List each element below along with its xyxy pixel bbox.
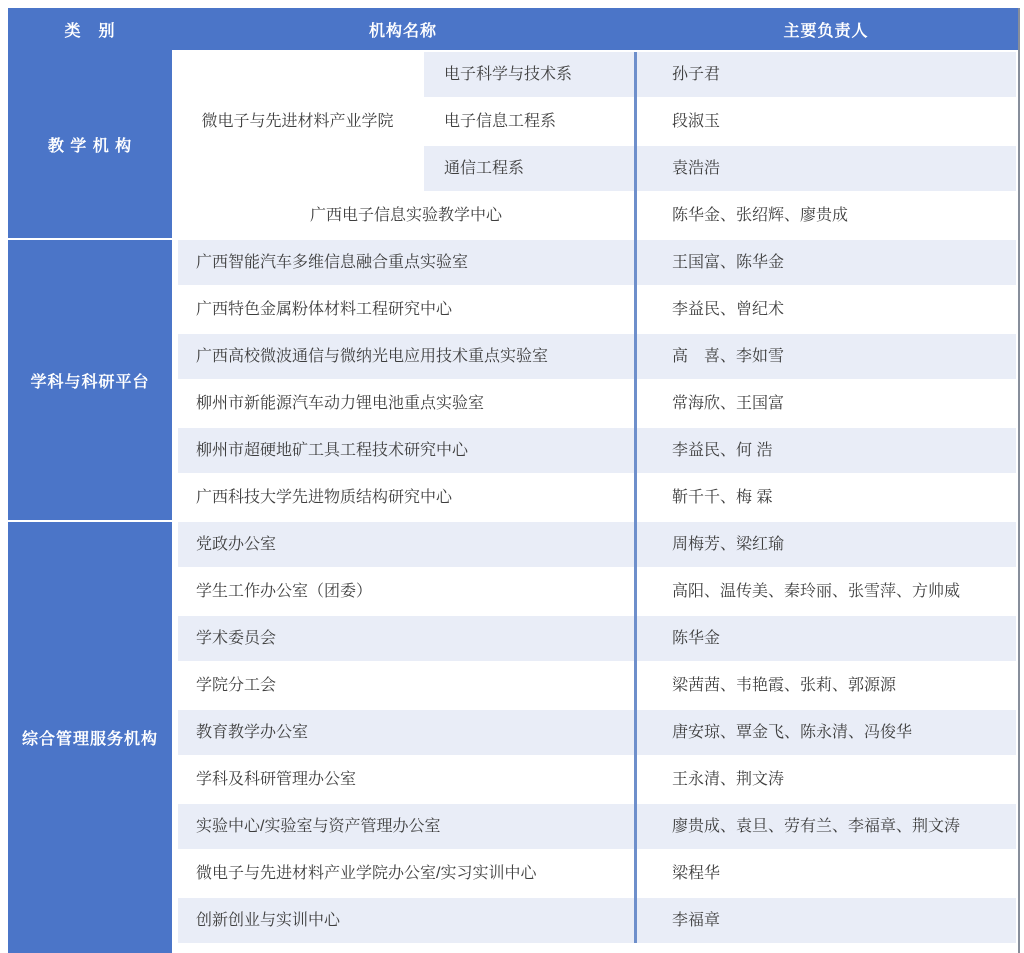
org-name-cell: 广西智能汽车多维信息融合重点实验室: [178, 240, 634, 285]
org-name-cell: 实验中心/实验室与资产管理办公室: [178, 804, 634, 849]
leader-cell: 梁茜茜、韦艳霞、张莉、郭源源: [634, 663, 1016, 708]
leader-cell: 陈华金: [634, 616, 1016, 661]
header-org-name: 机构名称: [172, 8, 634, 50]
table-body: 微电子与先进材料产业学院 电子科学与技术系 孙子君 电子信息工程系 段淑玉 通信…: [178, 52, 1016, 943]
column-divider-line: [634, 52, 637, 943]
org-name-cell: 柳州市超硬地矿工具工程技术研究中心: [178, 428, 634, 473]
leader-cell: 常海欣、王国富: [634, 381, 1016, 426]
leader-cell: 周梅芳、梁红瑜: [634, 522, 1016, 567]
category-teaching: 教 学 机 构: [8, 50, 172, 238]
org-name-cell: 学科及科研管理办公室: [178, 757, 634, 802]
org-name-cell: 学术委员会: [178, 616, 634, 661]
table-right-border: [1018, 8, 1020, 953]
college-cell: 微电子与先进材料产业学院: [178, 52, 417, 191]
leader-cell: 靳千千、梅 霖: [634, 475, 1016, 520]
org-name-cell: 广西高校微波通信与微纳光电应用技术重点实验室: [178, 334, 634, 379]
leader-cell: 段淑玉: [634, 99, 1016, 144]
leader-cell: 孙子君: [634, 52, 1016, 97]
category-admin-services: 综合管理服务机构: [8, 522, 172, 953]
org-name-cell: 柳州市新能源汽车动力锂电池重点实验室: [178, 381, 634, 426]
leader-cell: 袁浩浩: [634, 146, 1016, 191]
leader-cell: 陈华金、张绍辉、廖贵成: [634, 193, 1016, 238]
org-structure-table: 类 别 机构名称 主要负责人 教 学 机 构 学科与科研平台 综合管理服务机构 …: [0, 0, 1024, 953]
leader-cell: 廖贵成、袁旦、劳有兰、李福章、荆文涛: [634, 804, 1016, 849]
org-name-cell: 广西电子信息实验教学中心: [178, 193, 634, 238]
category-research-platforms: 学科与科研平台: [8, 240, 172, 520]
org-name-cell: 学生工作办公室（团委）: [178, 569, 634, 614]
table-header-bar: 类 别 机构名称 主要负责人: [8, 8, 1018, 50]
org-name-cell: 创新创业与实训中心: [178, 898, 634, 943]
leader-cell: 李益民、何 浩: [634, 428, 1016, 473]
org-name-cell: 广西科技大学先进物质结构研究中心: [178, 475, 634, 520]
dept-cell: 通信工程系: [424, 146, 634, 191]
leader-cell: 高阳、温传美、秦玲丽、张雪萍、方帅威: [634, 569, 1016, 614]
leader-cell: 李益民、曾纪术: [634, 287, 1016, 332]
leader-cell: 王国富、陈华金: [634, 240, 1016, 285]
org-name-cell: 教育教学办公室: [178, 710, 634, 755]
header-category: 类 别: [8, 8, 172, 50]
org-name-cell: 微电子与先进材料产业学院办公室/实习实训中心: [178, 851, 634, 896]
leader-cell: 高 喜、李如雪: [634, 334, 1016, 379]
org-name-cell: 广西特色金属粉体材料工程研究中心: [178, 287, 634, 332]
leader-cell: 李福章: [634, 898, 1016, 943]
dept-cell: 电子科学与技术系: [424, 52, 634, 97]
org-name-cell: 党政办公室: [178, 522, 634, 567]
org-name-cell: 学院分工会: [178, 663, 634, 708]
header-leader: 主要负责人: [634, 8, 1018, 50]
dept-cell: 电子信息工程系: [424, 99, 634, 144]
leader-cell: 唐安琼、覃金飞、陈永清、冯俊华: [634, 710, 1016, 755]
leader-cell: 王永清、荆文涛: [634, 757, 1016, 802]
leader-cell: 梁程华: [634, 851, 1016, 896]
